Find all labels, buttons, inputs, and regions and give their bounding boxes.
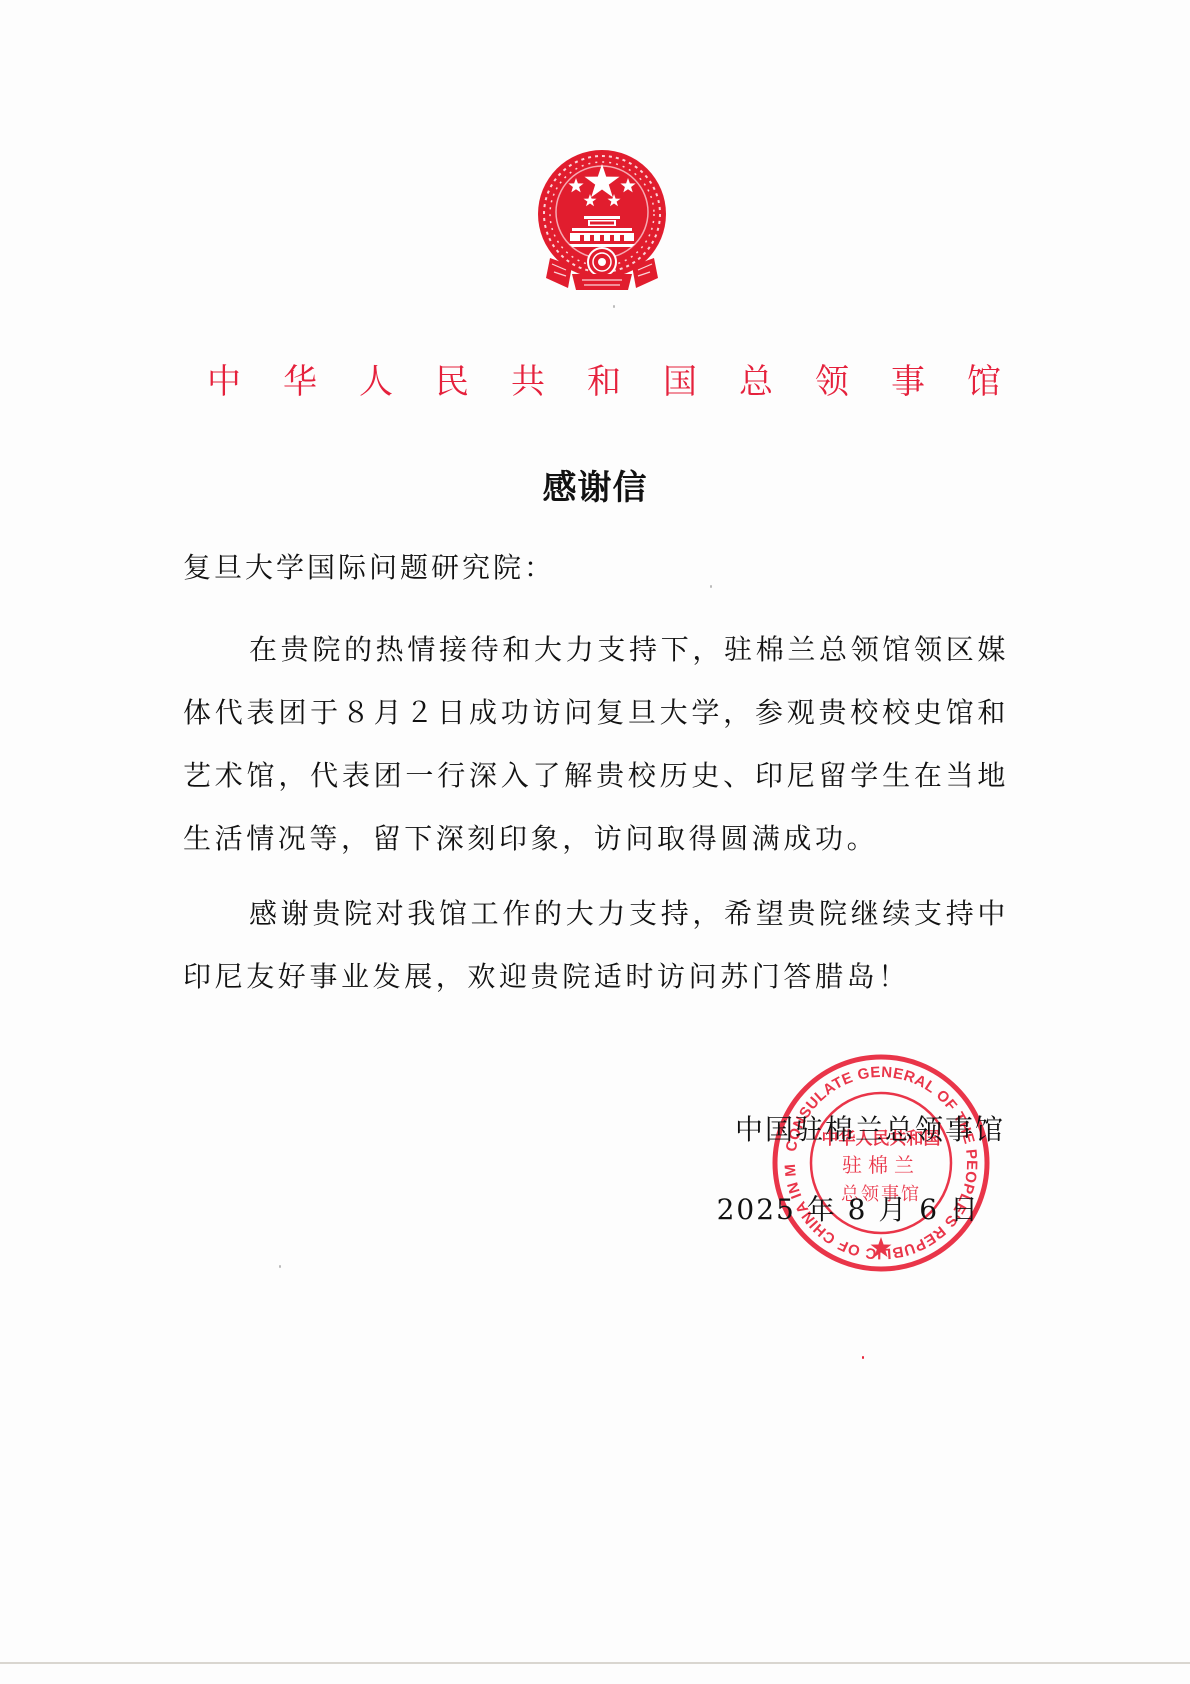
letterhead-char: 和	[584, 360, 624, 404]
letterhead-char: 总	[736, 360, 776, 404]
letterhead-char: 领	[812, 360, 852, 404]
letter-date: 2025 年 8 月 6 日	[717, 1190, 980, 1230]
letterhead-char: 馆	[964, 360, 1004, 404]
official-seal: CONSULATE GENERAL OF THE PEOPLE'S REPUBL…	[770, 1052, 992, 1274]
letter-page: 中 华 人 民 共 和 国 总 领 事 馆 感谢信 复旦大学国际问题研究院： 在…	[0, 0, 1190, 1684]
scan-speck	[279, 1265, 281, 1268]
salutation: 复旦大学国际问题研究院：	[183, 548, 555, 588]
seal-inner-line-2: 驻棉兰	[842, 1153, 920, 1177]
scan-speck	[613, 305, 615, 308]
page-bottom-edge	[0, 1662, 1190, 1664]
body-paragraph-2: 感谢贵院对我馆工作的大力支持，希望贵院继续支持中印尼友好事业发展，欢迎贵院适时访…	[183, 882, 1009, 1008]
letterhead: 中 华 人 民 共 和 国 总 领 事 馆	[204, 360, 1004, 404]
national-emblem-icon	[532, 148, 672, 296]
letterhead-char: 民	[432, 360, 472, 404]
body-paragraph-1: 在贵院的热情接待和大力支持下，驻棉兰总领馆领区媒体代表团于８月２日成功访问复旦大…	[183, 618, 1009, 870]
scan-speck	[862, 1356, 864, 1359]
letterhead-char: 国	[660, 360, 700, 404]
letterhead-char: 事	[888, 360, 928, 404]
signature: 中国驻棉兰总领事馆	[735, 1110, 1005, 1150]
letter-title: 感谢信	[0, 466, 1190, 510]
scan-speck	[710, 585, 712, 588]
letterhead-char: 人	[356, 360, 396, 404]
letterhead-char: 中	[204, 360, 244, 404]
letterhead-char: 共	[508, 360, 548, 404]
letterhead-char: 华	[280, 360, 320, 404]
